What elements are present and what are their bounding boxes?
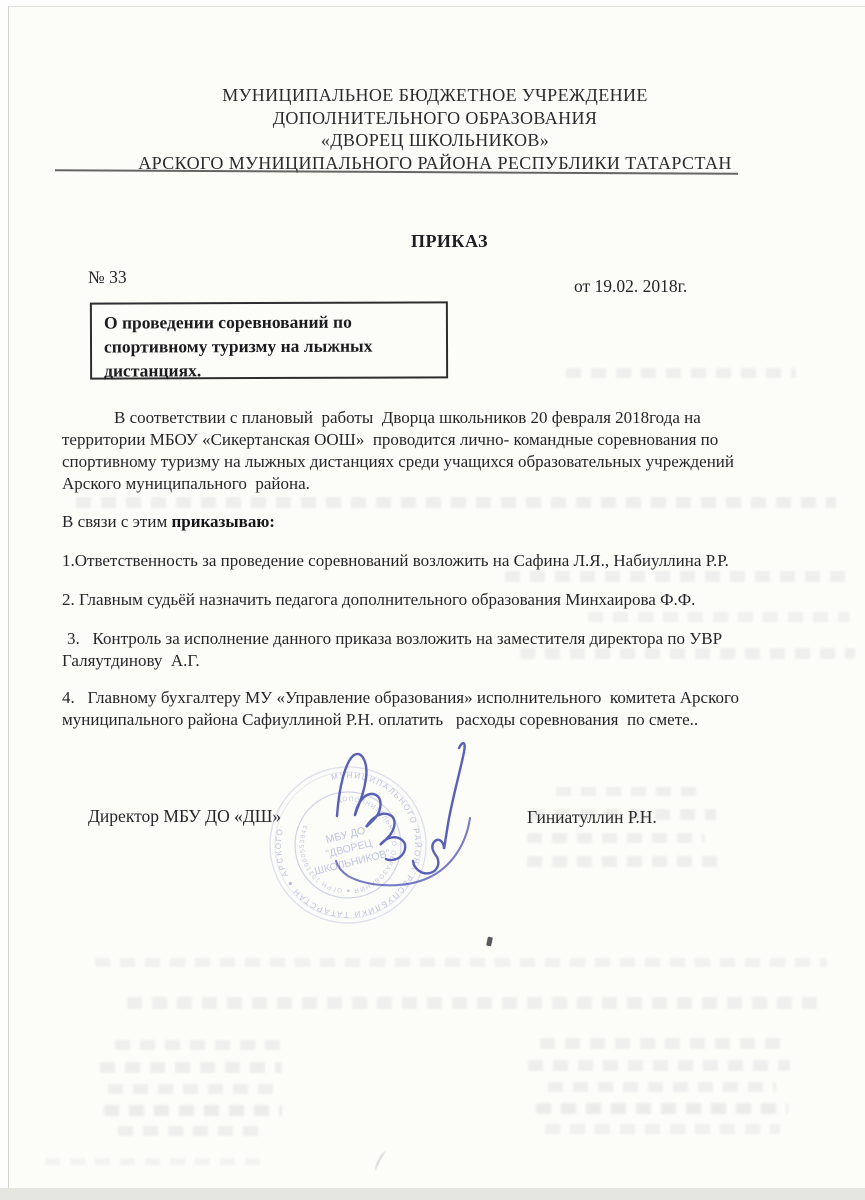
bleed-through-artifact bbox=[548, 1082, 776, 1092]
intro-paragraph: В соответствии с плановый работы Дворца … bbox=[62, 407, 842, 495]
item-line: 3. Контроль за исполнение данного приказ… bbox=[62, 628, 852, 650]
org-line: ДОПОЛНИТЕЛЬНОГО ОБРАЗОВАНИЯ bbox=[70, 107, 800, 130]
lead-text: В связи с этим bbox=[62, 512, 171, 531]
order-item-4: 4. Главному бухгалтеру МУ «Управление об… bbox=[62, 687, 852, 731]
item-line: 2. Главным судьёй назначить педагога доп… bbox=[62, 589, 852, 611]
subject-line: спортивному туризму на лыжных bbox=[104, 333, 436, 358]
bleed-through-artifact bbox=[127, 997, 819, 1009]
bleed-through-artifact bbox=[588, 612, 850, 622]
bleed-through-artifact bbox=[545, 1124, 780, 1134]
subject-line: дистанциях. bbox=[104, 357, 436, 382]
order-lead: В связи с этим приказываю: bbox=[62, 512, 275, 532]
bleed-through-artifact bbox=[536, 1103, 788, 1114]
order-item-2: 2. Главным судьёй назначить педагога доп… bbox=[62, 589, 852, 611]
order-number: № 33 bbox=[88, 267, 127, 288]
bleed-through-artifact bbox=[100, 1062, 282, 1073]
bleed-through-artifact bbox=[108, 1084, 276, 1094]
bleed-through-artifact bbox=[505, 571, 850, 582]
org-line: МУНИЦИПАЛЬНОЕ БЮДЖЕТНОЕ УЧРЕЖДЕНИЕ bbox=[70, 84, 800, 107]
intro-line: В соответствии с плановый работы Дворца … bbox=[62, 407, 842, 429]
bleed-through-artifact bbox=[527, 833, 705, 843]
faint-pen-mark bbox=[373, 1150, 389, 1172]
item-line: 1.Ответственность за проведение соревнов… bbox=[62, 550, 852, 572]
bleed-through-artifact bbox=[528, 1060, 790, 1071]
order-item-1: 1.Ответственность за проведение соревнов… bbox=[62, 550, 852, 572]
bleed-through-artifact bbox=[527, 856, 717, 867]
org-line: «ДВОРЕЦ ШКОЛЬНИКОВ» bbox=[70, 129, 800, 152]
director-signature bbox=[320, 728, 515, 963]
subject-line: О проведении соревнований по bbox=[104, 309, 436, 334]
bleed-through-artifact bbox=[115, 1040, 285, 1050]
letterhead: МУНИЦИПАЛЬНОЕ БЮДЖЕТНОЕ УЧРЕЖДЕНИЕ ДОПОЛ… bbox=[70, 84, 800, 174]
bleed-through-artifact bbox=[540, 1038, 790, 1049]
intro-line: спортивному туризму на лыжных дистанциях… bbox=[62, 451, 842, 473]
bleed-through-artifact bbox=[556, 787, 706, 796]
bleed-through-artifact bbox=[104, 1105, 282, 1116]
scan-margin-left bbox=[0, 0, 8, 1200]
bleed-through-artifact bbox=[566, 368, 796, 378]
scanned-order-document: МУНИЦИПАЛЬНОЕ БЮДЖЕТНОЕ УЧРЕЖДЕНИЕ ДОПОЛ… bbox=[0, 0, 865, 1200]
lead-bold-word: приказываю: bbox=[171, 512, 275, 531]
scan-bottom-strip bbox=[0, 1188, 865, 1200]
intro-line: Арского муниципального района. bbox=[62, 473, 842, 495]
subject-box: О проведении соревнований по спортивному… bbox=[90, 301, 448, 379]
bleed-through-artifact bbox=[45, 1158, 260, 1165]
bleed-through-artifact bbox=[76, 497, 836, 508]
bleed-through-artifact bbox=[530, 809, 716, 820]
item-line: 4. Главному бухгалтеру МУ «Управление об… bbox=[62, 687, 852, 709]
bleed-through-artifact bbox=[520, 648, 855, 659]
scan-margin-top bbox=[0, 0, 865, 6]
order-date: от 19.02. 2018г. bbox=[574, 276, 687, 297]
bleed-through-artifact bbox=[95, 958, 827, 967]
intro-line: территории МБОУ «Сикертанская ООШ» прово… bbox=[62, 429, 842, 451]
document-title: ПРИКАЗ bbox=[0, 231, 865, 252]
bleed-through-artifact bbox=[118, 1126, 268, 1136]
